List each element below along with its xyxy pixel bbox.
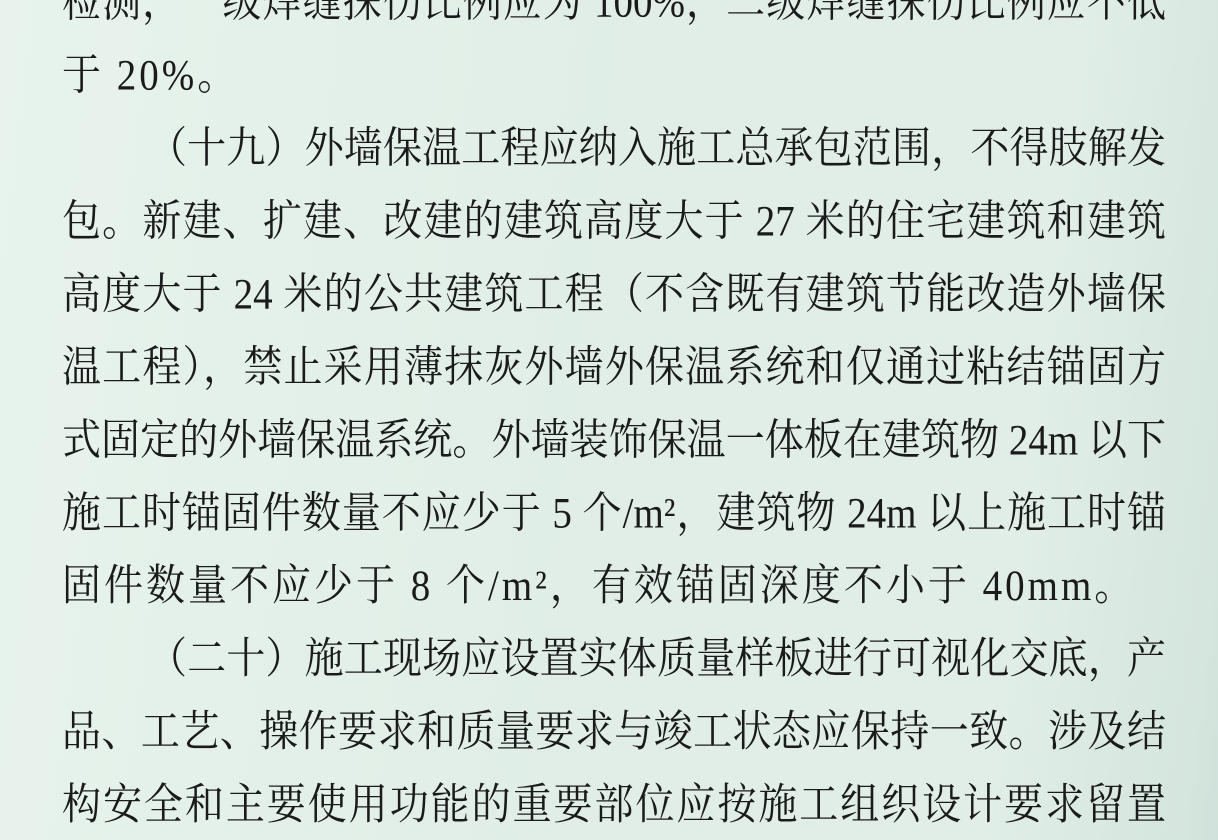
text-line: 式固定的外墙保温系统。外墙装饰保温一体板在建筑物 24m 以下 [62, 400, 1166, 480]
text-line: 施工时锚固件数量不应少于 5 个/m²，建筑物 24m 以上施工时锚 [62, 473, 1166, 553]
text-line: 于 20%。 [62, 35, 1166, 115]
text-line: 构安全和主要使用功能的重要部位应按施工组织设计要求留置 [62, 765, 1166, 840]
text-line: 固件数量不应少于 8 个/m²，有效锚固深度不小于 40mm。 [62, 546, 1166, 626]
text-line: 高度大于 24 米的公共建筑工程（不含既有建筑节能改造外墙保 [62, 254, 1166, 334]
text-line: （二十）施工现场应设置实体质量样板进行可视化交底，产 [62, 619, 1166, 699]
text-line: 品、工艺、操作要求和质量要求与竣工状态应保持一致。涉及结 [62, 692, 1166, 772]
text-line: 温工程），禁止采用薄抹灰外墙外保温系统和仅通过粘结锚固方 [62, 327, 1166, 407]
text-line: 包。新建、扩建、改建的建筑高度大于 27 米的住宅建筑和建筑 [62, 181, 1166, 261]
document-text-block: 检测，一级焊缝探伤比例应为 100%，二级焊缝探伤比例应不低于 20%。（十九）… [62, 0, 1166, 840]
text-line: （十九）外墙保温工程应纳入施工总承包范围，不得肢解发 [62, 108, 1166, 188]
